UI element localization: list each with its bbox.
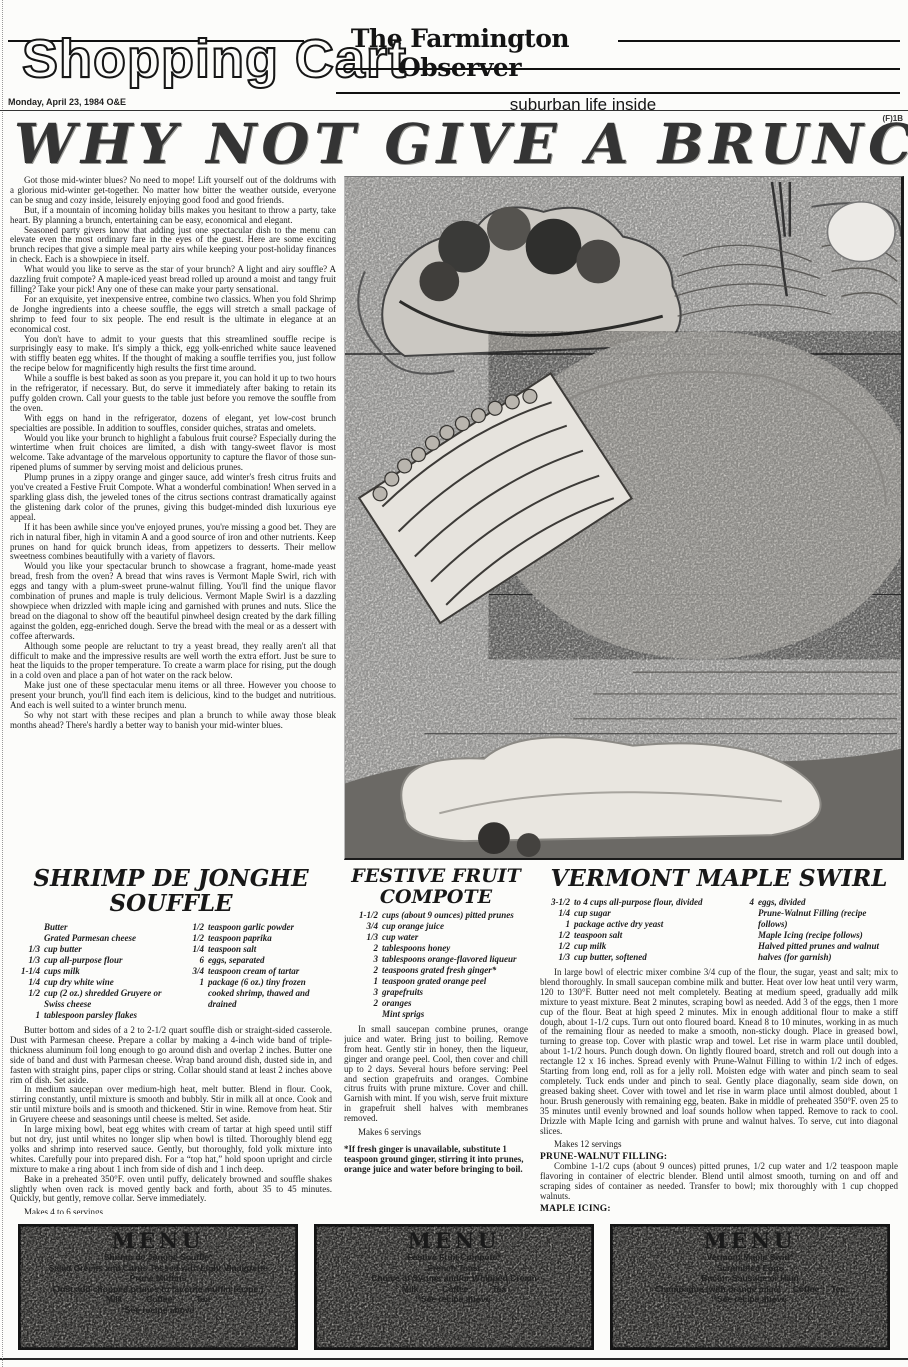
page-reference: (F)1B — [883, 114, 903, 123]
ingredient-quantity: 1/2 — [174, 933, 204, 944]
page-left-edge-rule — [2, 0, 3, 1367]
ingredient-row: 1/2teaspoon garlic powder — [174, 922, 332, 933]
maple-ingredients: 3-1/2to 4 cups all-purpose flour, divide… — [540, 897, 898, 963]
recipe-step: Butter bottom and sides of a 2 to 2-1/2 … — [10, 1026, 332, 1085]
menu-content: MENU Vermont Maple Swirl*Scrambled EggsB… — [612, 1226, 888, 1305]
ingredient-row: 1-1/4cups milk — [10, 966, 168, 977]
article-paragraph: If it has been awhile since you've enjoy… — [10, 523, 336, 563]
ingredient-quantity: 1 — [344, 976, 378, 987]
ingredient-quantity: 1/4 — [174, 944, 204, 955]
ingredient-text: teaspoon paprika — [208, 933, 332, 944]
ingredient-row: 1/3cup water — [344, 932, 528, 943]
ingredient-row: 4eggs, divided — [724, 897, 898, 908]
ingredient-text: teaspoon garlic powder — [208, 922, 332, 933]
menu-line: Prune Muffins — [20, 1273, 296, 1284]
ingredient-text: Mint sprigs — [382, 1009, 528, 1020]
ingredient-text: cup water — [382, 932, 528, 943]
ingredient-text: cup orange juice — [382, 921, 528, 932]
article-paragraph: You don't have to admit to your guests t… — [10, 335, 336, 375]
ingredient-row: 1/3cup butter, softened — [540, 952, 718, 963]
maple-yield: Makes 12 servings — [540, 1139, 898, 1150]
ingredient-text: cup sugar — [574, 908, 718, 919]
ingredient-quantity: 1/3 — [10, 955, 40, 966]
shrimp-ingredients: ButterGrated Parmesan cheese1/3cup butte… — [10, 922, 332, 1021]
compote-title-line2: COMPOTE — [380, 886, 492, 908]
ingredient-text: eggs, divided — [758, 897, 898, 908]
ingredient-quantity — [10, 922, 40, 933]
ingredient-row: 3-1/2to 4 cups all-purpose flour, divide… — [540, 897, 718, 908]
menu-line: Champagne (with orange juice) Coffee Tea — [612, 1284, 888, 1295]
menu-line: Shrimp de Jonghe Souffle* — [20, 1252, 296, 1263]
ingredient-quantity: 2 — [344, 943, 378, 954]
ingredient-quantity: 4 — [724, 897, 754, 908]
menu-line: (Just add chopped prunes to favorite muf… — [20, 1284, 296, 1295]
menu-line: Scrambled Eggs — [612, 1263, 888, 1274]
ingredient-text: Grated Parmesan cheese — [44, 933, 168, 944]
ingredient-row: 1package (6 oz.) tiny frozen cooked shri… — [174, 977, 332, 1010]
article-paragraph: Make just one of these spectacular menu … — [10, 681, 336, 711]
brunch-illustration-art — [345, 177, 901, 858]
compote-footnote: *If fresh ginger is unavailable, substit… — [344, 1144, 528, 1174]
menu-lines: Shrimp de Jonghe Souffle*Salad Greens an… — [20, 1252, 296, 1315]
ingredient-row: 1package active dry yeast — [540, 919, 718, 930]
ingredient-text: Prune-Walnut Filling (recipe follows) — [758, 908, 898, 930]
ingredient-row: 2tablespoons honey — [344, 943, 528, 954]
ingredient-quantity: 1/2 — [174, 922, 204, 933]
masthead-rule-right — [618, 40, 900, 42]
ingredient-quantity: 3-1/2 — [540, 897, 570, 908]
compote-steps: In small saucepan combine prunes, orange… — [344, 1025, 528, 1124]
ingredient-text: cup milk — [574, 941, 718, 952]
ingredient-row: 2teaspoons grated fresh ginger* — [344, 965, 528, 976]
recipe-maple-swirl: VERMONT MAPLE SWIRL 3-1/2to 4 cups all-p… — [540, 866, 898, 1214]
ingredient-quantity: 6 — [174, 955, 204, 966]
menu-box-compote: MENU Festive Fruit Compote*French ToastC… — [314, 1224, 594, 1350]
tagline: suburban life inside — [468, 95, 698, 115]
ingredient-quantity — [10, 933, 40, 944]
bottom-rule — [0, 1358, 908, 1360]
ingredient-text: teaspoons grated fresh ginger* — [382, 965, 528, 976]
recipe-step: In large bowl of electric mixer combine … — [540, 968, 898, 1136]
ingredient-text: tablespoons honey — [382, 943, 528, 954]
article-paragraph: While a souffle is best baked as soon as… — [10, 374, 336, 414]
ingredient-row: 1/2cup (2 oz.) shredded Gruyere or Swiss… — [10, 988, 168, 1010]
article-paragraph: What would you like to serve as the star… — [10, 265, 336, 295]
ingredient-text: cup (2 oz.) shredded Gruyere or Swiss ch… — [44, 988, 168, 1010]
ingredient-row: 3tablespoons orange-flavored liqueur — [344, 954, 528, 965]
ingredient-row: 1tablespoon parsley flakes — [10, 1010, 168, 1021]
maple-steps: In large bowl of electric mixer combine … — [540, 968, 898, 1136]
menu-line: Choice of Syrups and/or Whipped Cream — [316, 1273, 592, 1284]
ingredient-quantity: 1 — [174, 977, 204, 1010]
article-paragraph: Seasoned party givers know that adding j… — [10, 226, 336, 266]
ingredient-row: 1/4cup sugar — [540, 908, 718, 919]
ingredient-quantity: 3/4 — [174, 966, 204, 977]
recipe-fruit-compote: FESTIVE FRUIT COMPOTE 1-1/2cups (about 9… — [344, 866, 528, 1214]
article-paragraph: But, if a mountain of incoming holiday b… — [10, 206, 336, 226]
menu-title: MENU — [20, 1229, 296, 1252]
ingredient-row: 1-1/2cups (about 9 ounces) pitted prunes — [344, 910, 528, 921]
recipe-step: In medium saucepan over medium-high heat… — [10, 1085, 332, 1125]
ingredient-row: 1/4cup dry white wine — [10, 977, 168, 988]
menu-title: MENU — [612, 1229, 888, 1252]
ingredient-quantity: 1/2 — [540, 930, 570, 941]
compote-ingredients: 1-1/2cups (about 9 ounces) pitted prunes… — [344, 910, 528, 1020]
recipe-step: In large mixing bowl, beat egg whites wi… — [10, 1125, 332, 1175]
shrimp-yield: Makes 4 to 6 servings — [10, 1207, 332, 1214]
main-content-row: Got those mid-winter blues? No need to m… — [0, 172, 908, 860]
menu-line: French Toast — [316, 1263, 592, 1274]
menu-line: Bacon, Sausage or Ham — [612, 1273, 888, 1284]
article-paragraph: With eggs on hand in the refrigerator, d… — [10, 414, 336, 434]
ingredient-quantity: 3 — [344, 954, 378, 965]
ingredient-quantity: 3 — [344, 987, 378, 998]
menu-boxes: MENU Shrimp de Jonghe Souffle*Salad Gree… — [0, 1214, 908, 1350]
ingredient-text: cup butter — [44, 944, 168, 955]
dateline: Monday, April 23, 1984 O&E — [8, 97, 126, 107]
ingredient-row: 1/4teaspoon salt — [174, 944, 332, 955]
ingredient-row: 1/2teaspoon paprika — [174, 933, 332, 944]
ingredient-text: oranges — [382, 998, 528, 1009]
filling-text: Combine 1-1/2 cups (about 9 ounces) pitt… — [540, 1162, 898, 1202]
ingredient-row: 2oranges — [344, 998, 528, 1009]
ingredient-row: 3grapefruits — [344, 987, 528, 998]
ingredient-text: cup all-purpose flour — [44, 955, 168, 966]
ingredient-text: teaspoon grated orange peel — [382, 976, 528, 987]
ingredient-text: cup butter, softened — [574, 952, 718, 963]
compote-yield: Makes 6 servings — [344, 1127, 528, 1138]
compote-title-line1: FESTIVE FRUIT — [351, 866, 520, 887]
menu-title: MENU — [316, 1229, 592, 1252]
ingredient-quantity: 1/3 — [344, 932, 378, 943]
ingredient-quantity: 1 — [540, 919, 570, 930]
shrimp-ingredients-left: ButterGrated Parmesan cheese1/3cup butte… — [10, 922, 168, 1021]
ingredient-quantity: 1 — [10, 1010, 40, 1021]
ingredient-quantity: 2 — [344, 965, 378, 976]
article-paragraph: Would you like your brunch to highlight … — [10, 434, 336, 474]
masthead-rule-mid2 — [336, 92, 900, 94]
article-paragraph: So why not start with these recipes and … — [10, 711, 336, 731]
recipe-section: SHRIMP DE JONGHE SOUFFLE ButterGrated Pa… — [0, 860, 908, 1214]
menu-line: Salad Greens and Citrus Tossed with Ligh… — [20, 1263, 296, 1274]
masthead: The Farmington Observer Shopping Cart su… — [0, 0, 908, 112]
ingredient-text: cups (about 9 ounces) pitted prunes — [382, 910, 528, 921]
menu-line: Vermont Maple Swirl* — [612, 1252, 888, 1263]
section-title: Shopping Cart — [22, 32, 407, 86]
ingredient-row: 3/4teaspoon cream of tartar — [174, 966, 332, 977]
menu-box-shrimp: MENU Shrimp de Jonghe Souffle*Salad Gree… — [18, 1224, 298, 1350]
ingredient-row: Grated Parmesan cheese — [10, 933, 168, 944]
ingredient-quantity — [724, 908, 754, 930]
main-headline: WHY NOT GIVE A BRUNCH? — [14, 116, 900, 172]
recipe-step: Bake in a preheated 350°F. oven until pu… — [10, 1175, 332, 1205]
article-paragraph: Although some people are reluctant to tr… — [10, 642, 336, 682]
ingredient-text: teaspoon salt — [574, 930, 718, 941]
brunch-illustration — [344, 176, 904, 860]
ingredient-quantity: 1/2 — [10, 988, 40, 1010]
ingredient-text: Maple Icing (recipe follows) — [758, 930, 898, 941]
ingredient-row: Halved pitted prunes and walnut halves (… — [724, 941, 898, 963]
recipe-step: In small saucepan combine prunes, orange… — [344, 1025, 528, 1124]
ingredient-quantity: 3/4 — [344, 921, 378, 932]
ingredient-quantity: 1/4 — [540, 908, 570, 919]
ingredient-row: Mint sprigs — [344, 1009, 528, 1020]
ingredient-quantity: 1/3 — [10, 944, 40, 955]
article-body: Got those mid-winter blues? No need to m… — [10, 176, 336, 860]
menu-lines: Vermont Maple Swirl*Scrambled EggsBacon,… — [612, 1252, 888, 1305]
ingredient-quantity: 1-1/4 — [10, 966, 40, 977]
shrimp-steps: Butter bottom and sides of a 2 to 2-1/2 … — [10, 1026, 332, 1204]
ingredient-text: cup dry white wine — [44, 977, 168, 988]
article-paragraph: Would you like your spectacular brunch t… — [10, 562, 336, 641]
menu-box-maple: MENU Vermont Maple Swirl*Scrambled EggsB… — [610, 1224, 890, 1350]
menu-lines: Festive Fruit Compote*French ToastChoice… — [316, 1252, 592, 1305]
maple-ingredients-left: 3-1/2to 4 cups all-purpose flour, divide… — [540, 897, 718, 963]
ingredient-text: cups milk — [44, 966, 168, 977]
ingredient-text: package (6 oz.) tiny frozen cooked shrim… — [208, 977, 332, 1010]
ingredient-text: grapefruits — [382, 987, 528, 998]
ingredient-text: Halved pitted prunes and walnut halves (… — [758, 941, 898, 963]
article-paragraph: Got those mid-winter blues? No need to m… — [10, 176, 336, 206]
ingredient-text: tablespoons orange-flavored liqueur — [382, 954, 528, 965]
ingredient-row: Butter — [10, 922, 168, 933]
menu-line: *See recipe above — [612, 1294, 888, 1305]
ingredient-row: 6eggs, separated — [174, 955, 332, 966]
ingredient-quantity — [344, 1009, 378, 1020]
menu-line: Milk Coffee Tea — [316, 1284, 592, 1295]
ingredient-quantity: 2 — [344, 998, 378, 1009]
menu-line: Festive Fruit Compote* — [316, 1252, 592, 1263]
maple-ingredients-right: 4eggs, dividedPrune-Walnut Filling (reci… — [724, 897, 898, 963]
ingredient-row: Prune-Walnut Filling (recipe follows) — [724, 908, 898, 930]
ingredient-quantity — [724, 930, 754, 941]
menu-line: Milk Coffee Tea — [20, 1294, 296, 1305]
recipe-title-maple: VERMONT MAPLE SWIRL — [540, 866, 898, 891]
ingredient-text: eggs, separated — [208, 955, 332, 966]
recipe-title-shrimp: SHRIMP DE JONGHE SOUFFLE — [10, 866, 332, 916]
ingredient-text: package active dry yeast — [574, 919, 718, 930]
ingredient-text: teaspoon cream of tartar — [208, 966, 332, 977]
ingredient-quantity: 1-1/2 — [344, 910, 378, 921]
ingredient-row: 3/4cup orange juice — [344, 921, 528, 932]
masthead-rule-mid1 — [336, 68, 900, 70]
recipe-title-compote: FESTIVE FRUIT COMPOTE — [344, 866, 528, 908]
menu-line: *See recipe above — [316, 1294, 592, 1305]
ingredient-row: 1/2cup milk — [540, 941, 718, 952]
ingredient-text: tablespoon parsley flakes — [44, 1010, 168, 1021]
dateline-rule — [0, 110, 908, 111]
menu-content: MENU Shrimp de Jonghe Souffle*Salad Gree… — [20, 1226, 296, 1315]
shrimp-ingredients-right: 1/2teaspoon garlic powder1/2teaspoon pap… — [174, 922, 332, 1021]
article-paragraph: For an exquisite, yet inexpensive entree… — [10, 295, 336, 335]
ingredient-quantity: 1/3 — [540, 952, 570, 963]
menu-content: MENU Festive Fruit Compote*French ToastC… — [316, 1226, 592, 1305]
article-paragraph: Plump prunes in a zippy orange and ginge… — [10, 473, 336, 523]
ingredient-row: Maple Icing (recipe follows) — [724, 930, 898, 941]
ingredient-row: 1/3cup all-purpose flour — [10, 955, 168, 966]
ingredient-row: 1/2teaspoon salt — [540, 930, 718, 941]
newspaper-page: The Farmington Observer Shopping Cart su… — [0, 0, 908, 1367]
ingredient-quantity — [724, 941, 754, 963]
ingredient-row: 1teaspoon grated orange peel — [344, 976, 528, 987]
ingredient-text: to 4 cups all-purpose flour, divided — [574, 897, 718, 908]
ingredient-quantity: 1/2 — [540, 941, 570, 952]
ingredient-quantity: 1/4 — [10, 977, 40, 988]
ingredient-row: 1/3cup butter — [10, 944, 168, 955]
menu-line: *See recipe above — [20, 1305, 296, 1316]
recipe-shrimp-souffle: SHRIMP DE JONGHE SOUFFLE ButterGrated Pa… — [10, 866, 332, 1214]
ingredient-text: Butter — [44, 922, 168, 933]
ingredient-text: teaspoon salt — [208, 944, 332, 955]
